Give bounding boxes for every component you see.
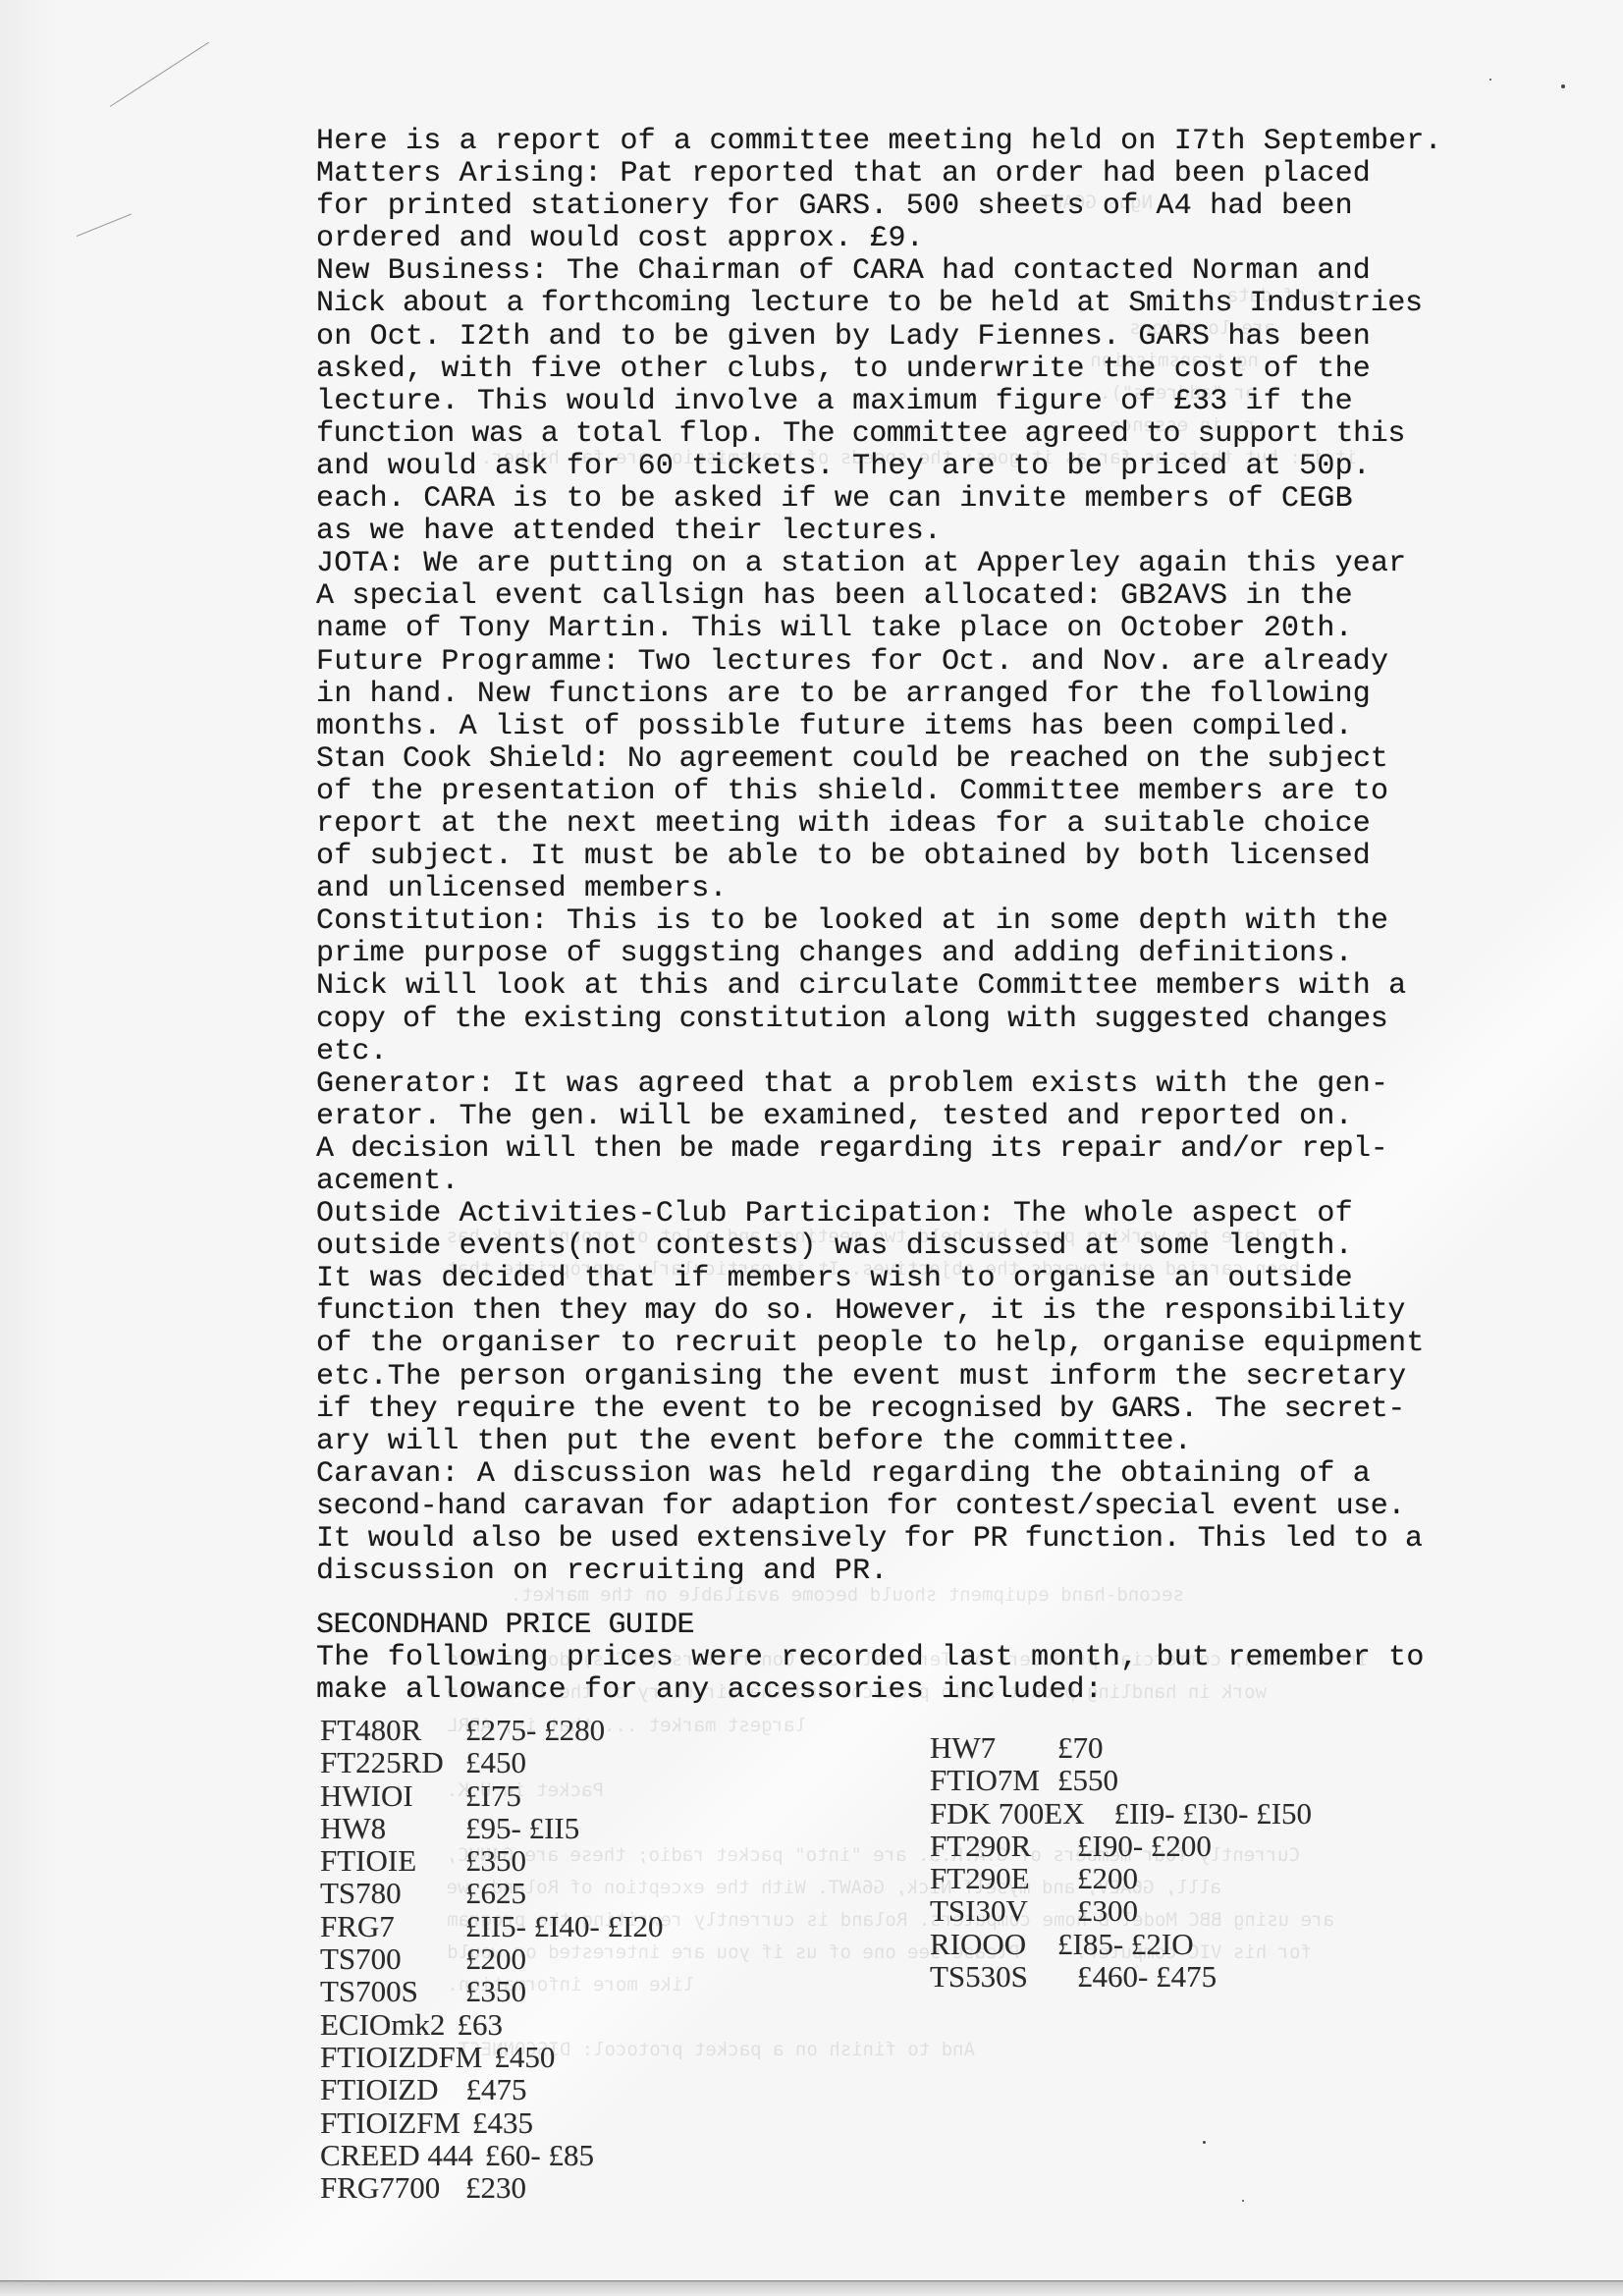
report-line: outside events(not contests) was discuss… [316,1230,1612,1263]
report-line: etc. [316,1036,1612,1068]
radio-model: FTIOIE [320,1844,465,1877]
page-speck [1489,79,1491,81]
radio-price: £200 [1077,1862,1138,1894]
report-line: for printed stationery for GARS. 500 she… [316,191,1612,223]
price-row: FTIO7M£550 [930,1764,1312,1796]
radio-price: £550 [1057,1764,1118,1796]
price-guide-intro: make allowance for any accessories inclu… [316,1674,1612,1707]
radio-model: TS700 [320,1942,465,1975]
report-line: JOTA: We are putting on a station at App… [316,548,1612,580]
report-line: each. CARA is to be asked if we can invi… [316,483,1612,516]
report-line: if they require the event to be recognis… [316,1394,1612,1426]
report-line: of subject. It must be able to be obtain… [316,841,1612,873]
report-line: Stan Cook Shield: No agreement could be … [316,743,1612,776]
report-line: New Business: The Chairman of CARA had c… [316,255,1612,288]
radio-price: £70 [1057,1731,1104,1764]
radio-price: £300 [1077,1894,1138,1927]
radio-price: £450 [494,2041,555,2073]
radio-model: FRG7 [320,1910,465,1942]
radio-model: TSI30V [930,1894,1077,1927]
report-line: report at the next meeting with ideas fo… [316,808,1612,841]
report-line: months. A list of possible future items … [316,711,1612,743]
radio-model: HW7 [930,1731,1057,1764]
price-row: TS530S£460- £475 [930,1960,1312,1993]
radio-price: £275- £280 [465,1714,605,1746]
radio-model: FT290R [930,1830,1077,1862]
price-row: HW8£95- £II5 [320,1812,663,1844]
price-row: FRG7£II5- £I40- £I20 [320,1910,663,1942]
price-row: FTIOIZFM£435 [320,2106,663,2139]
radio-model: FTIO7M [930,1764,1057,1796]
price-row: HW7£70 [930,1731,1312,1764]
report-line: acement. [316,1166,1612,1198]
page-speck [1242,2200,1244,2202]
price-row: FTIOIZD£475 [320,2073,663,2105]
price-row: FT225RD£450 [320,1746,663,1778]
radio-price: £I85- £2IO [1057,1928,1194,1960]
radio-price: £350 [465,1975,526,2007]
radio-model: FDK 700EX [930,1797,1085,1830]
report-line: A special event callsign has been alloca… [316,580,1612,613]
radio-price: £I75 [465,1779,521,1812]
radio-model: FRG7700 [320,2171,465,2204]
report-line: and would ask for 60 tickets. They are t… [316,451,1612,483]
page-speck [1203,2141,1206,2144]
radio-model: FTIOIZFM [320,2106,460,2139]
radio-price: £230 [465,2171,526,2204]
radio-model: FT290E [930,1862,1077,1894]
report-line: of the presentation of this shield. Comm… [316,776,1612,808]
radio-price: £63 [457,2008,503,2041]
report-line: in hand. New functions are to be arrange… [316,679,1612,711]
price-row: FT480R£275- £280 [320,1714,663,1746]
report-line: It was decided that if members wish to o… [316,1263,1612,1295]
page-speck [1561,84,1565,88]
price-list-right: HW7£70 FTIO7M£550 FDK 700EX£II9- £I30- £… [930,1731,1312,1993]
report-line: ordered and would cost approx. £9. [316,223,1612,255]
report-line: Generator: It was agreed that a problem … [316,1068,1612,1101]
report-line: as we have attended their lectures. [316,516,1612,548]
report-line: erator. The gen. will be examined, teste… [316,1101,1612,1133]
report-line: Constitution: This is to be looked at in… [316,905,1612,938]
radio-price: £350 [465,1844,526,1877]
report-line: ary will then put the event before the c… [316,1426,1612,1458]
radio-price: £435 [472,2106,533,2139]
report-line: Outside Activities-Club Participation: T… [316,1198,1612,1230]
price-row: RIOOO£I85- £2IO [930,1928,1312,1960]
radio-model: CREED 444 [320,2139,473,2171]
price-row: FTIOIZDFM£450 [320,2041,663,2073]
price-list-left: FT480R£275- £280 FT225RD£450 HWIOI£I75 H… [320,1714,663,2204]
price-row: ECIOmk2£63 [320,2008,663,2041]
price-guide-title: SECONDHAND PRICE GUIDE [316,1610,1612,1642]
price-row: FDK 700EX£II9- £I30- £I50 [930,1797,1312,1830]
report-line: on Oct. I2th and to be given by Lady Fie… [316,321,1612,354]
price-row: TS700£200 [320,1942,663,1975]
report-line: of the organiser to recruit people to he… [316,1328,1612,1360]
price-row: CREED 444£60- £85 [320,2139,663,2171]
report-line: Caravan: A discussion was held regarding… [316,1458,1612,1491]
report-line: Matters Arising: Pat reported that an or… [316,158,1612,191]
radio-price: £450 [465,1746,526,1778]
radio-model: FT480R [320,1714,465,1746]
radio-model: FTIOIZD [320,2073,439,2105]
pencil-mark [110,42,209,107]
radio-price: £I90- £200 [1077,1830,1212,1862]
report-line: Future Programme: Two lectures for Oct. … [316,646,1612,679]
report-line: Here is a report of a committee meeting … [316,126,1612,158]
radio-model: RIOOO [930,1928,1057,1960]
radio-model: ECIOmk2 [320,2008,445,2041]
report-line: It would also be used extensively for PR… [316,1523,1612,1556]
report-line: asked, with five other clubs, to underwr… [316,354,1612,386]
price-row: FT290E£200 [930,1862,1312,1894]
price-row: TS700S£350 [320,1975,663,2007]
radio-price: £475 [466,2073,527,2105]
page-bottom-edge [0,2280,1623,2296]
price-row: FT290R£I90- £200 [930,1830,1312,1862]
report-line: Nick will look at this and circulate Com… [316,970,1612,1003]
radio-price: £460- £475 [1077,1960,1217,1993]
report-line: name of Tony Martin. This will take plac… [316,613,1612,645]
report-line: A decision will then be made regarding i… [316,1133,1612,1166]
report-line: etc.The person organising the event must… [316,1361,1612,1394]
pencil-mark [77,214,132,237]
report-line: second-hand caravan for adaption for con… [316,1491,1612,1523]
radio-model: FT225RD [320,1746,465,1778]
report-line: function was a total flop. The committee… [316,418,1612,451]
radio-model: TS530S [930,1960,1077,1993]
report-line: function then they may do so. However, i… [316,1295,1612,1328]
report-body: Here is a report of a committee meeting … [316,126,1612,1708]
price-row: FTIOIE£350 [320,1844,663,1877]
radio-model: HW8 [320,1812,465,1844]
radio-price: £60- £85 [485,2139,594,2171]
price-guide-intro: The following prices were recorded last … [316,1642,1612,1674]
report-line: copy of the existing constitution along … [316,1004,1612,1036]
radio-price: £II5- £I40- £I20 [465,1910,663,1942]
radio-price: £II9- £I30- £I50 [1114,1797,1312,1830]
radio-model: TS700S [320,1975,465,2007]
report-line: Nick about a forthcoming lecture to be h… [316,288,1612,320]
report-line: discussion on recruiting and PR. [316,1556,1612,1588]
price-row: TS780£625 [320,1877,663,1909]
price-row: FRG7700£230 [320,2171,663,2204]
radio-price: £95- £II5 [465,1812,579,1844]
scanned-page: Ngus G6AWTng of dataare locationsng tran… [0,0,1623,2280]
price-row: TSI30V£300 [930,1894,1312,1927]
price-row: HWIOI£I75 [320,1779,663,1812]
radio-price: £625 [465,1877,526,1909]
report-line: prime purpose of suggsting changes and a… [316,938,1612,970]
radio-price: £200 [465,1942,526,1975]
radio-model: TS780 [320,1877,465,1909]
radio-model: FTIOIZDFM [320,2041,482,2073]
report-line: and unlicensed members. [316,873,1612,905]
report-line: lecture. This would involve a maximum fi… [316,386,1612,418]
radio-model: HWIOI [320,1779,465,1812]
